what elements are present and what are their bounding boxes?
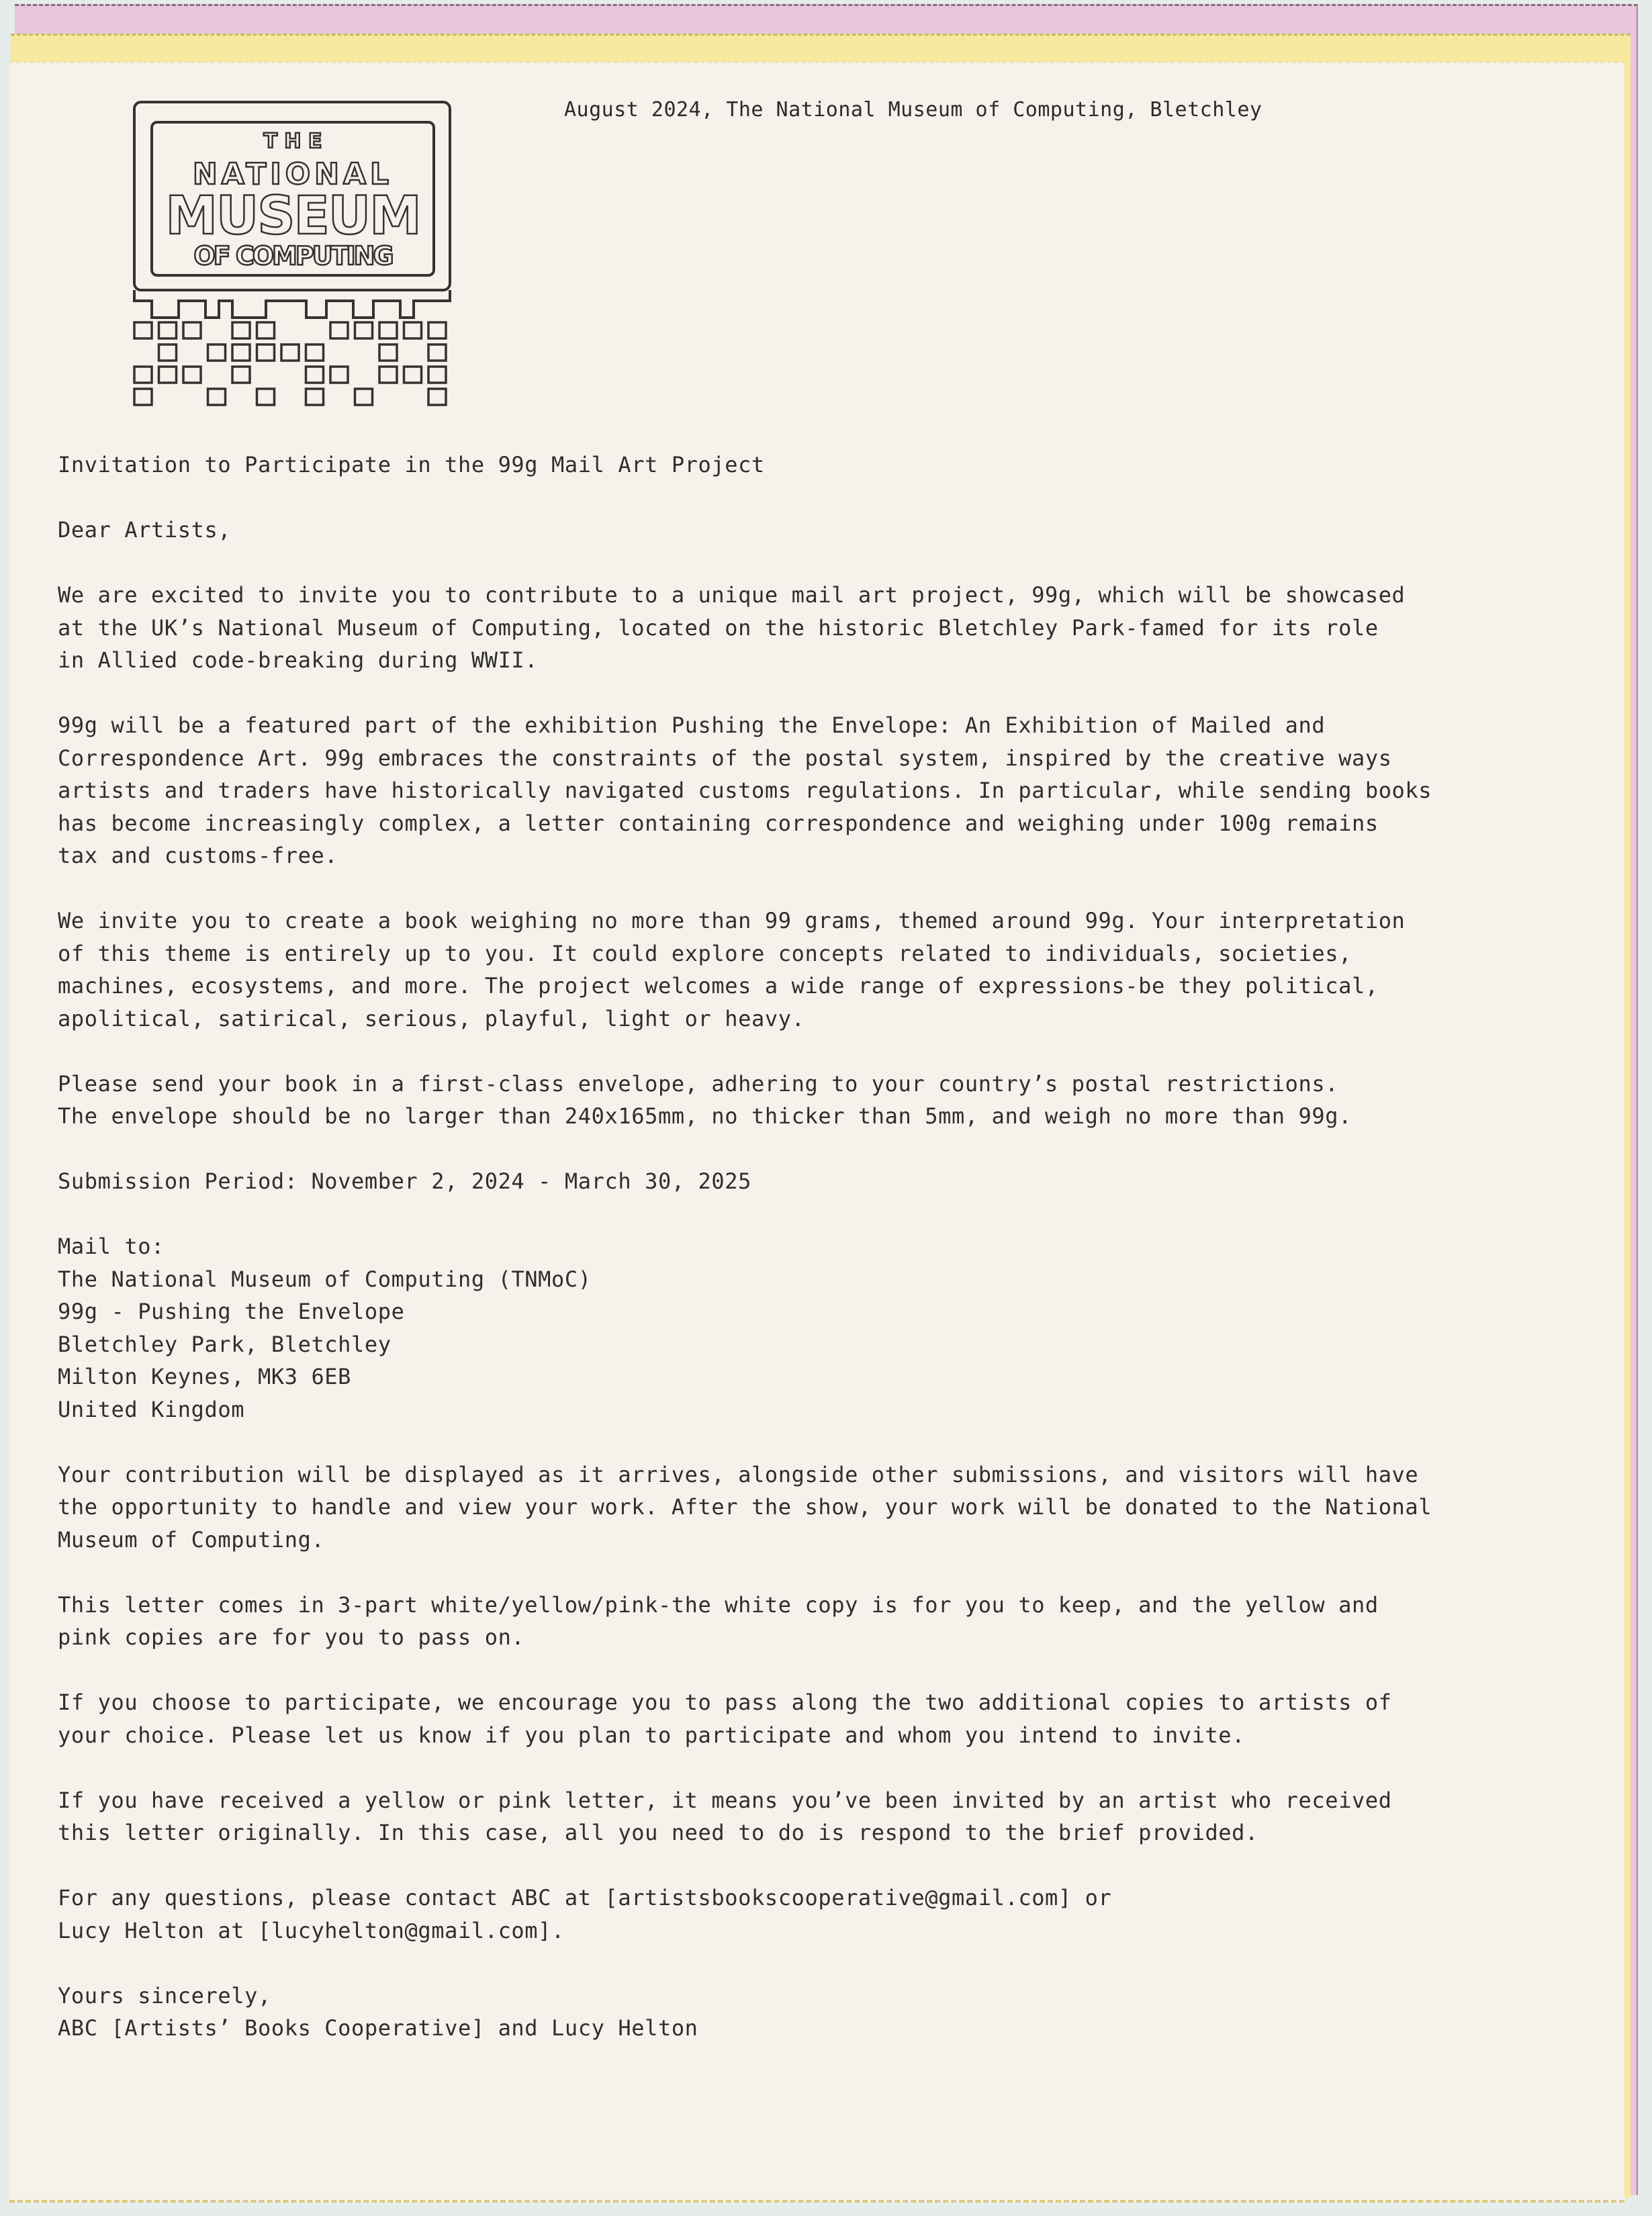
mail-to-label: Mail to: [58,1230,1616,1263]
letter-date-line: August 2024, The National Museum of Comp… [564,98,1262,122]
mailing-address: Mail to: The National Museum of Computin… [58,1230,1616,1426]
paragraph-postal-line2: The envelope should be no larger than 24… [58,1100,1616,1133]
letter-body: Invitation to Participate in the 99g Mai… [58,449,1616,2045]
letter-signature: ABC [Artists’ Books Cooperative] and Luc… [58,2012,1616,2045]
svg-text:MUSEUM: MUSEUM [165,186,420,246]
address-line: United Kingdom [58,1393,1616,1426]
contact-line-lucy: Lucy Helton at [lucyhelton@gmail.com]. [58,1914,1616,1947]
paragraph-copies: This letter comes in 3-part white/yellow… [58,1589,1616,1654]
paragraph-participate: If you choose to participate, we encoura… [58,1686,1616,1751]
letter-subject: Invitation to Participate in the 99g Mai… [58,449,1616,481]
letter-closing: Yours sincerely, [58,1980,1616,2013]
submission-period: Submission Period: November 2, 2024 - Ma… [58,1165,1616,1198]
svg-text:T H E: T H E [264,130,322,153]
address-line: Bletchley Park, Bletchley [58,1328,1616,1361]
paragraph-display: Your contribution will be displayed as i… [58,1459,1616,1557]
address-line: The National Museum of Computing (TNMoC) [58,1263,1616,1296]
svg-text:OF COMPUTING: OF COMPUTING [193,241,392,271]
paragraph-brief: We invite you to create a book weighing … [58,905,1616,1035]
letter-salutation: Dear Artists, [58,514,1616,547]
address-line: 99g - Pushing the Envelope [58,1295,1616,1328]
paragraph-postal-line1: Please send your book in a first-class e… [58,1068,1616,1101]
tnmoc-logo: T H E NATIONAL MUSEUM OF COMPUTING [132,99,458,408]
address-line: Milton Keynes, MK3 6EB [58,1360,1616,1393]
paragraph-received: If you have received a yellow or pink le… [58,1784,1616,1849]
paragraph-intro: We are excited to invite you to contribu… [58,579,1616,677]
paragraph-exhibition: 99g will be a featured part of the exhib… [58,709,1616,872]
contact-line-abc: For any questions, please contact ABC at… [58,1882,1616,1914]
